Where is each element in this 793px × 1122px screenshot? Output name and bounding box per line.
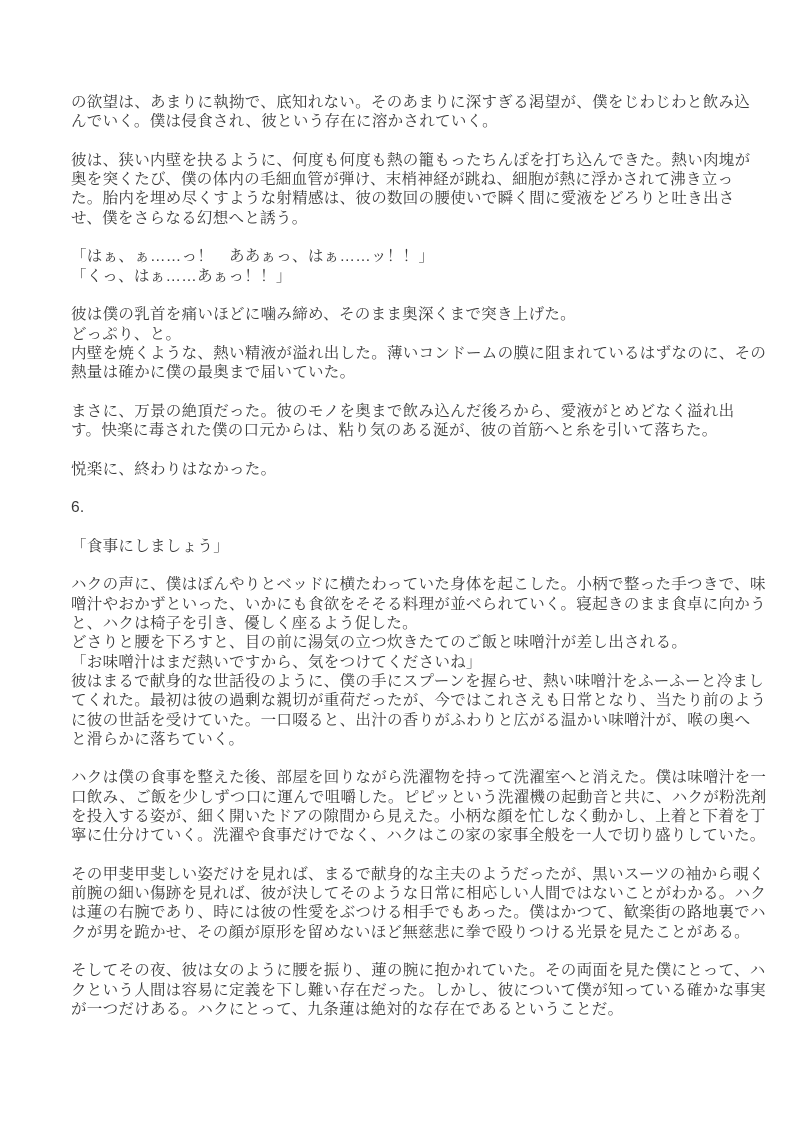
text-line: 前腕の細い傷跡を見れば、彼が決してそのような日常に相応しい人間ではないことがわか… (71, 884, 741, 903)
paragraph: 6. (71, 498, 741, 517)
text-line: 「食事にしましょう」 (71, 537, 741, 556)
text-line: 内壁を焼くような、熱い精液が溢れ出した。薄いコンドームの膜に阻まれているはずなの… (71, 344, 741, 363)
text-line: に彼の世話を受けていた。一口啜ると、出汁の香りがふわりと広がる温かい味噌汁が、喉… (71, 711, 741, 730)
paragraph: の欲望は、あまりに執拗で、底知れない。そのあまりに深すぎる渇望が、僕をじわじわと… (71, 93, 741, 132)
paragraph: ハクの声に、僕はぼんやりとベッドに横たわっていた身体を起こした。小柄で整った手つ… (71, 575, 741, 749)
text-line: 口飲み、ご飯を少しずつ口に運んで咀嚼した。ピピッという洗濯機の起動音と共に、ハク… (71, 788, 741, 807)
text-line: 熱量は確かに僕の最奥まで届いていた。 (71, 363, 741, 382)
text-line: 悦楽に、終わりはなかった。 (71, 460, 741, 479)
text-line: た。胎内を埋め尽くすような射精感は、彼の数回の腰使いで瞬く間に愛液をどろりと吐き… (71, 189, 741, 208)
text-line: と、ハクは椅子を引き、優しく座るよう促した。 (71, 614, 741, 633)
text-line: 「はぁ、ぁ……っ！ ああぁっ、はぁ……ッ！！」 (71, 247, 741, 266)
text-line: 彼は僕の乳首を痛いほどに噛み締め、そのまま奥深くまで突き上げた。 (71, 305, 741, 324)
text-line: そしてその夜、彼は女のように腰を振り、蓮の腕に抱かれていた。その両面を見た僕にと… (71, 961, 741, 980)
text-line: てくれた。最初は彼の過剰な親切が重荷だったが、今ではこれさえも日常となり、当たり… (71, 691, 741, 710)
text-line: クが男を跪かせ、その顔が原形を留めないほど無慈悲に拳で殴りつける光景を見たことが… (71, 923, 741, 942)
text-line: 彼はまるで献身的な世話役のように、僕の手にスプーンを握らせ、熱い味噌汁をふーふー… (71, 672, 741, 691)
novel-text-block: の欲望は、あまりに執拗で、底知れない。そのあまりに深すぎる渇望が、僕をじわじわと… (71, 93, 741, 1019)
paragraph: そしてその夜、彼は女のように腰を振り、蓮の腕に抱かれていた。その両面を見た僕にと… (71, 961, 741, 1019)
text-line: 「くっ、はぁ……あぁっ！！」 (71, 267, 741, 286)
document-page: の欲望は、あまりに執拗で、底知れない。そのあまりに深すぎる渇望が、僕をじわじわと… (0, 0, 793, 1122)
text-line: を投入する姿が、細く開いたドアの隙間から見えた。小柄な顔を忙しなく動かし、上着と… (71, 807, 741, 826)
text-line: ハクの声に、僕はぼんやりとベッドに横たわっていた身体を起こした。小柄で整った手つ… (71, 575, 741, 594)
text-line: 奥を突くたび、僕の体内の毛細血管が弾け、末梢神経が跳ね、細胞が熱に浮かされて沸き… (71, 170, 741, 189)
paragraph: 彼は僕の乳首を痛いほどに噛み締め、そのまま奥深くまで突き上げた。どっぷり、と。内… (71, 305, 741, 382)
text-line: す。快楽に毒された僕の口元からは、粘り気のある涎が、彼の首筋へと糸を引いて落ちた… (71, 421, 741, 440)
text-line: 彼は、狭い内壁を抉るように、何度も何度も熱の籠もったちんぽを打ち込んできた。熱い… (71, 151, 741, 170)
text-line: 寧に仕分けていく。洗濯や食事だけでなく、ハクはこの家の家事全般を一人で切り盛りし… (71, 826, 741, 845)
text-line: クという人間は容易に定義を下し難い存在だった。しかし、彼について僕が知っている確… (71, 981, 741, 1000)
text-line: どさりと腰を下ろすと、目の前に湯気の立つ炊きたてのご飯と味噌汁が差し出される。 (71, 633, 741, 652)
paragraph: 悦楽に、終わりはなかった。 (71, 460, 741, 479)
text-line: が一つだけある。ハクにとって、九条蓮は絶対的な存在であるということだ。 (71, 1000, 741, 1019)
text-line: ハクは僕の食事を整えた後、部屋を回りながら洗濯物を持って洗濯室へと消えた。僕は味… (71, 768, 741, 787)
text-line: んでいく。僕は侵食され、彼という存在に溶かされていく。 (71, 112, 741, 131)
text-line: 6. (71, 498, 741, 517)
text-line: と滑らかに落ちていく。 (71, 730, 741, 749)
paragraph: 彼は、狭い内壁を抉るように、何度も何度も熱の籠もったちんぽを打ち込んできた。熱い… (71, 151, 741, 228)
text-line: せ、僕をさらなる幻想へと誘う。 (71, 209, 741, 228)
text-line: 噌汁やおかずといった、いかにも食欲をそそる料理が並べられていく。寝起きのまま食卓… (71, 595, 741, 614)
text-line: どっぷり、と。 (71, 325, 741, 344)
paragraph: 「食事にしましょう」 (71, 537, 741, 556)
text-line: まさに、万景の絶頂だった。彼のモノを奥まで飲み込んだ後ろから、愛液がとめどなく溢… (71, 402, 741, 421)
paragraph: まさに、万景の絶頂だった。彼のモノを奥まで飲み込んだ後ろから、愛液がとめどなく溢… (71, 402, 741, 441)
paragraph: 「はぁ、ぁ……っ！ ああぁっ、はぁ……ッ！！」「くっ、はぁ……あぁっ！！」 (71, 247, 741, 286)
text-line: の欲望は、あまりに執拗で、底知れない。そのあまりに深すぎる渇望が、僕をじわじわと… (71, 93, 741, 112)
paragraph: ハクは僕の食事を整えた後、部屋を回りながら洗濯物を持って洗濯室へと消えた。僕は味… (71, 768, 741, 845)
text-line: は蓮の右腕であり、時には彼の性愛をぶつける相手でもあった。僕はかつて、歓楽街の路… (71, 903, 741, 922)
text-line: 「お味噌汁はまだ熱いですから、気をつけてくださいね」 (71, 653, 741, 672)
text-line: その甲斐甲斐しい姿だけを見れば、まるで献身的な主夫のようだったが、黒いスーツの袖… (71, 865, 741, 884)
paragraph: その甲斐甲斐しい姿だけを見れば、まるで献身的な主夫のようだったが、黒いスーツの袖… (71, 865, 741, 942)
